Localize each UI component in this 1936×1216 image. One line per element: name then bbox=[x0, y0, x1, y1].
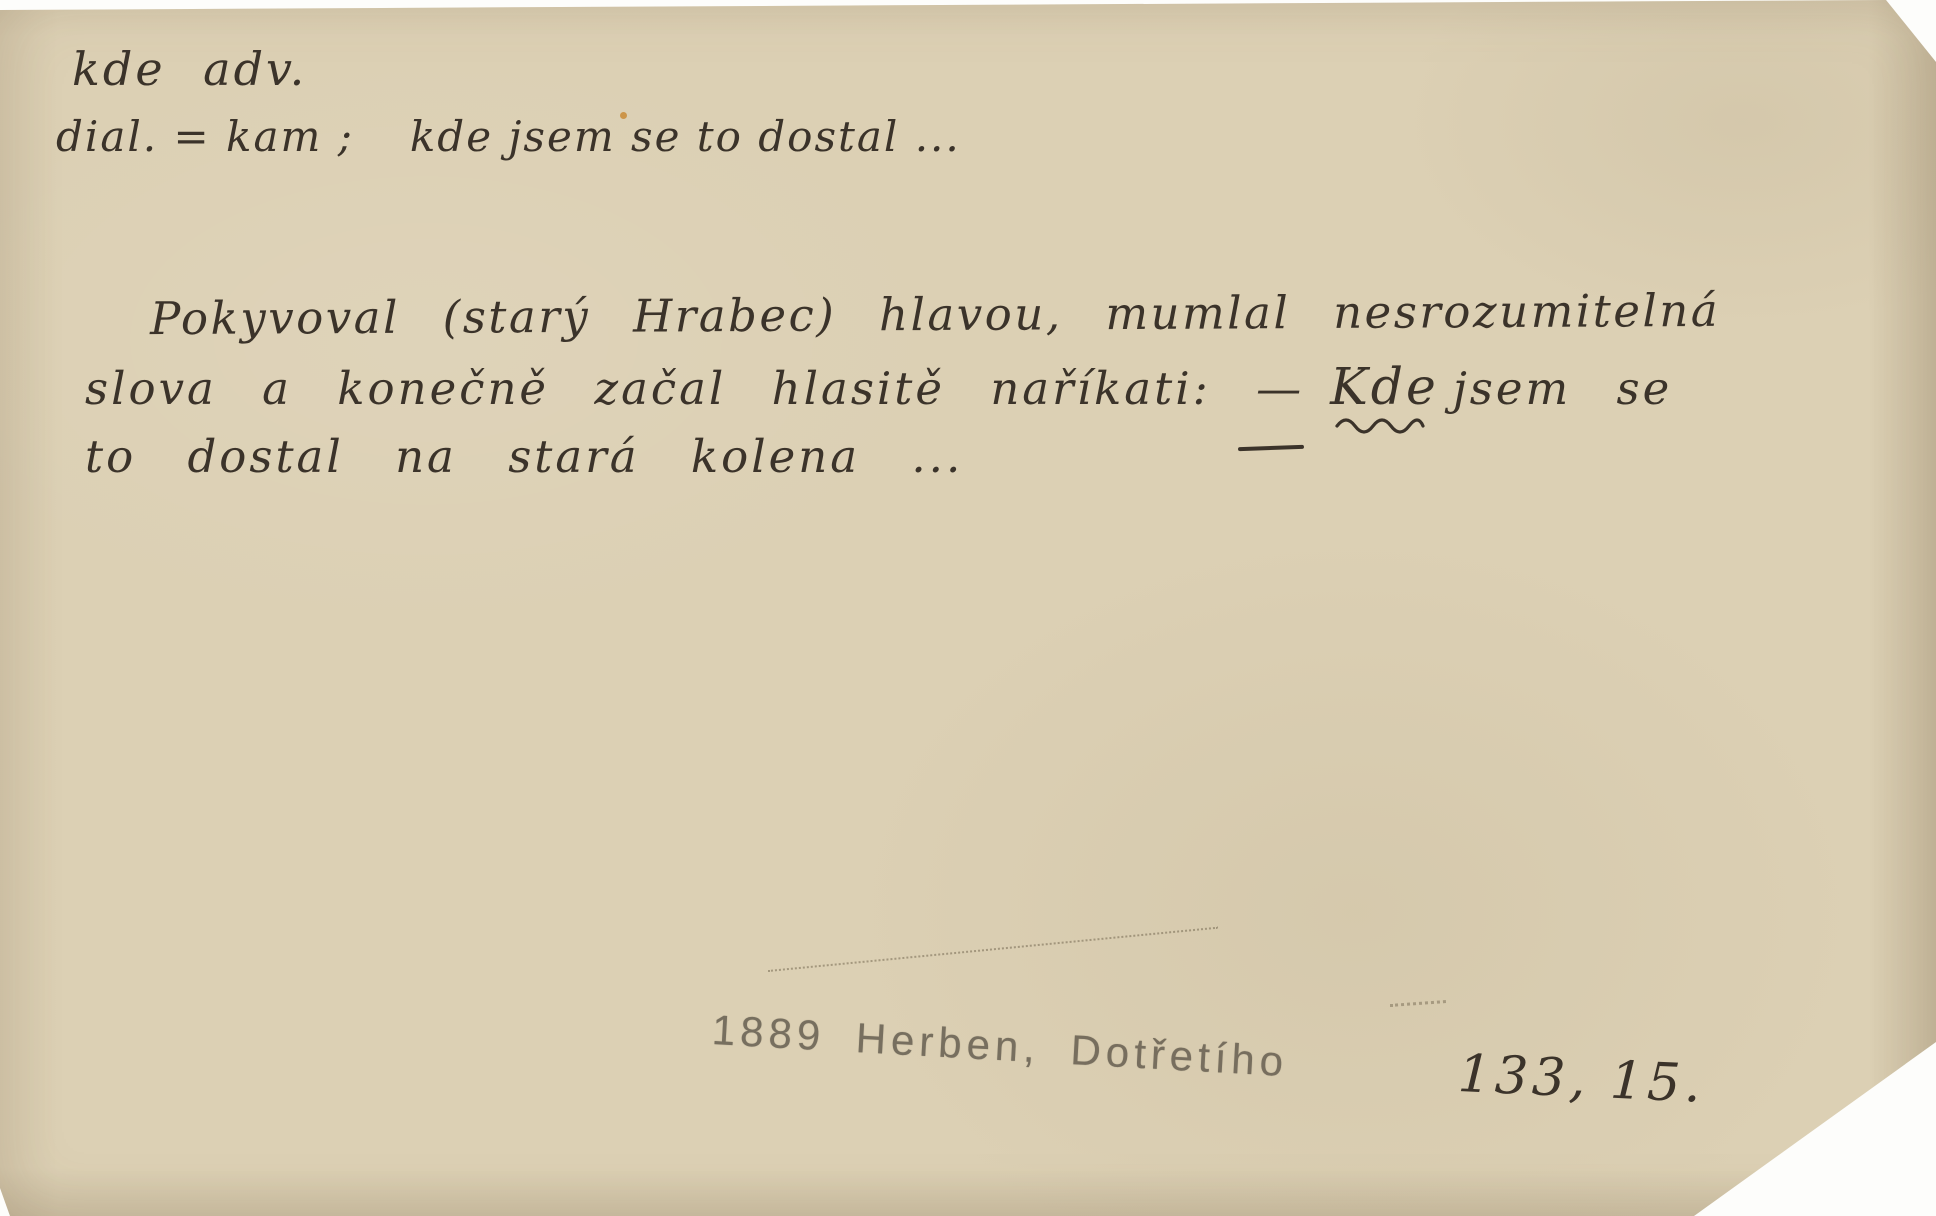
dial-note: dial. = kam ; bbox=[56, 112, 354, 161]
excerpt-card: kde adv. dial. = kam ;kde jsem se to dos… bbox=[0, 0, 1936, 1216]
dash-underline-mark bbox=[1238, 445, 1304, 451]
quote-line-2-pre: slova a konečně začal hlasitě naříkati: … bbox=[85, 362, 1304, 415]
paper-fleck bbox=[620, 112, 627, 119]
quote-kde-word: Kde bbox=[1330, 357, 1439, 416]
quote-line-2: slova a konečně začal hlasitě naříkati: … bbox=[85, 362, 1672, 412]
kde-underline-squiggle bbox=[1334, 416, 1426, 434]
page-reference: 133, 15. bbox=[1457, 1048, 1706, 1111]
quote-line-1: Pokyvoval (starý Hrabec) hlavou, mumlal … bbox=[150, 288, 1720, 341]
headword-entry: kde adv. bbox=[72, 46, 307, 92]
source-stamp: 1889 Herben, Dotřetího bbox=[711, 1006, 1290, 1086]
faint-dash-mark bbox=[1390, 1000, 1446, 1007]
headword-dial-line: dial. = kam ;kde jsem se to dostal ... bbox=[56, 116, 961, 158]
scan-background: kde adv. dial. = kam ;kde jsem se to dos… bbox=[0, 0, 1936, 1216]
headword-quote-fragment: kde jsem se to dostal ... bbox=[410, 112, 961, 161]
quote-line-3: to dostal na stará kolena ... bbox=[85, 434, 963, 479]
quote-kde-emphasis: Kde bbox=[1330, 362, 1439, 412]
faint-dotted-line bbox=[768, 927, 1218, 972]
quote-line-2-post: jsem se bbox=[1453, 362, 1672, 415]
